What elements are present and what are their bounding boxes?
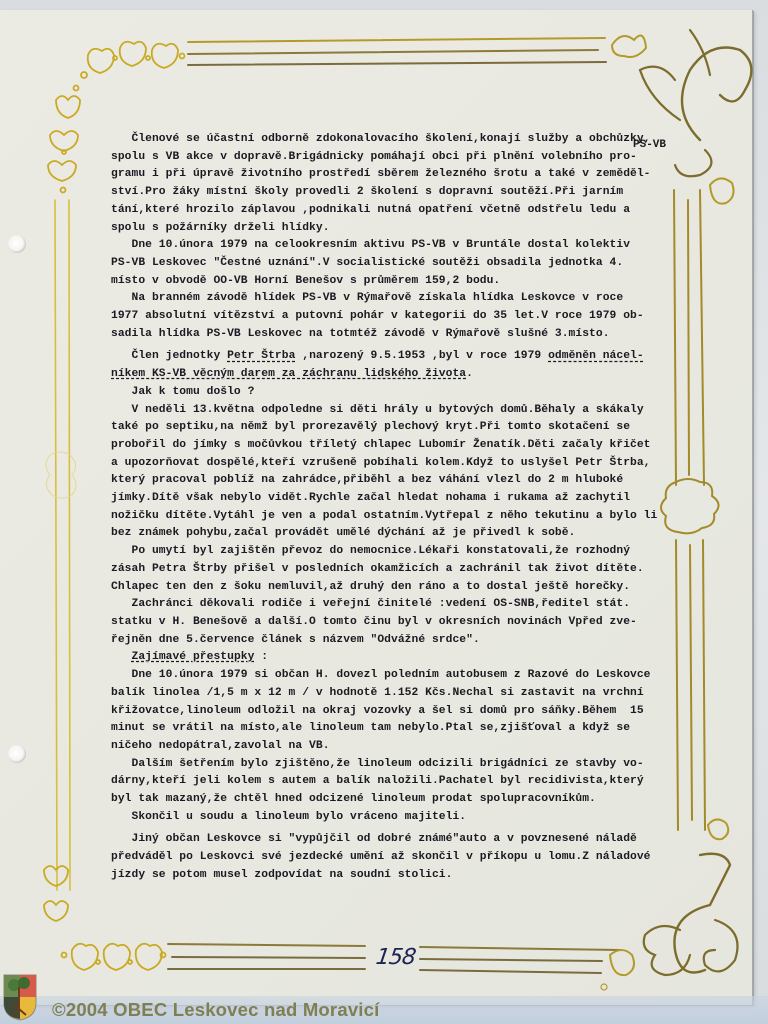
text-line: a upozorňovat dospělé,kteří vzrušeně pob…	[111, 455, 671, 473]
text-line: jímky.Dítě však nebylo vidět.Rychle zača…	[111, 490, 671, 508]
text-line: Jak k tomu došlo ?	[111, 384, 671, 402]
text-line: řejněn dne 5.července článek s názvem "O…	[111, 632, 671, 650]
text-line: níkem KS-VB věcným darem za záchranu lid…	[111, 366, 671, 384]
text-line: balík linolea /1,5 m x 12 m / v hodnotě …	[111, 685, 671, 703]
text-line: spolu s požárníky drželi hlídky.	[111, 220, 671, 238]
text-line: zásah Petra Štrby přišel v posledních ok…	[111, 561, 671, 579]
underlined-text: níkem KS-VB věcným darem za záchranu lid…	[111, 368, 466, 380]
text-line: předváděl po Leskovci své jezdecké umění…	[111, 849, 671, 867]
text-line: Jiný občan Leskovce si "vypůjčil od dobr…	[111, 831, 671, 849]
text-line: byl tak mazaný,že chtěl hned odcizené li…	[111, 791, 671, 809]
text-line: PS-VB Leskovec "Čestné uznání".V sociali…	[111, 255, 671, 273]
punch-hole	[8, 235, 26, 253]
text-line: Členové se účastní odborně zdokonalovací…	[111, 131, 671, 149]
text-line: také po septiku,na němž byl prorezavělý …	[111, 419, 671, 437]
text-line: Na branném závodě hlídek PS-VB v Rýmařov…	[111, 290, 671, 308]
text-line: Dne 10.února 1979 si občan H. dovezl pol…	[111, 667, 671, 685]
underlined-text: odměněn nácel-	[548, 350, 644, 362]
punch-hole	[8, 745, 26, 763]
text-line: V neděli 13.května odpoledne si děti hrá…	[111, 402, 671, 420]
text-line: dárny,kteří jeli kolem s autem a balík n…	[111, 773, 671, 791]
text-line: tání,které hrozilo záplavou ,podnikali n…	[111, 202, 671, 220]
text-line: Dalším šetřením bylo zjištěno,že linoleu…	[111, 756, 671, 774]
text-line: sadila hlídka PS-VB Leskovec na totmtéž …	[111, 326, 671, 344]
text-line: který pracoval poblíž na zahrádce,přiběh…	[111, 472, 671, 490]
text-line: Zachránci děkovali rodiče i veřejní čini…	[111, 596, 671, 614]
text-line: ství.Pro žáky místní školy provedli 2 šk…	[111, 184, 671, 202]
text-line: Člen jednotky Petr Štrba ,narozený 9.5.1…	[111, 348, 671, 366]
underlined-name: Petr Štrba	[227, 350, 295, 362]
typewritten-text: Členové se účastní odborně zdokonalovací…	[111, 131, 671, 885]
text-line: minut se vrátil na místo,ale linoleum ta…	[111, 720, 671, 738]
text-line: nožičku dítěte.Vytáhl je ven a podal ost…	[111, 508, 671, 526]
text-line: místo v obvodě OO-VB Horní Benešov s prů…	[111, 273, 671, 291]
coat-of-arms-tree-icon	[2, 973, 38, 1021]
text-line: Dne 10.února 1979 na celookresním aktivu…	[111, 237, 671, 255]
copyright-watermark: ©2004 OBEC Leskovec nad Moravicí	[52, 999, 379, 1021]
text-line: spolu s VB akce v dopravě.Brigádnicky po…	[111, 149, 671, 167]
text-line: statku v H. Benešově a další.O tomto čin…	[111, 614, 671, 632]
text-line: ničeho nedopátral,zavolal na VB.	[111, 738, 671, 756]
text-line: probořil do jímky s močůvkou tříletý chl…	[111, 437, 671, 455]
section-heading: Zajímavé přestupky	[132, 651, 255, 663]
text-line: gramu i při úpravě životního prostředí s…	[111, 166, 671, 184]
text-line: Po umytí byl zajištěn převoz do nemocnic…	[111, 543, 671, 561]
text-line: Zajímavé přestupky :	[111, 649, 671, 667]
page-number: 158	[374, 945, 417, 970]
text-line: Chlapec ten den z šoku nemluvil,až druhý…	[111, 579, 671, 597]
text-line: jízdy se potom musel zodpovídat na soudn…	[111, 867, 671, 885]
text-line: křižovatce,linoleum odložil na okraj voz…	[111, 703, 671, 721]
text-line: bez známek pohybu,začal provádět umělé d…	[111, 525, 671, 543]
text-line: 1977 absolutní vítězství a putovní pohár…	[111, 308, 671, 326]
text-line: Skončil u soudu a linoleum bylo vráceno …	[111, 809, 671, 827]
